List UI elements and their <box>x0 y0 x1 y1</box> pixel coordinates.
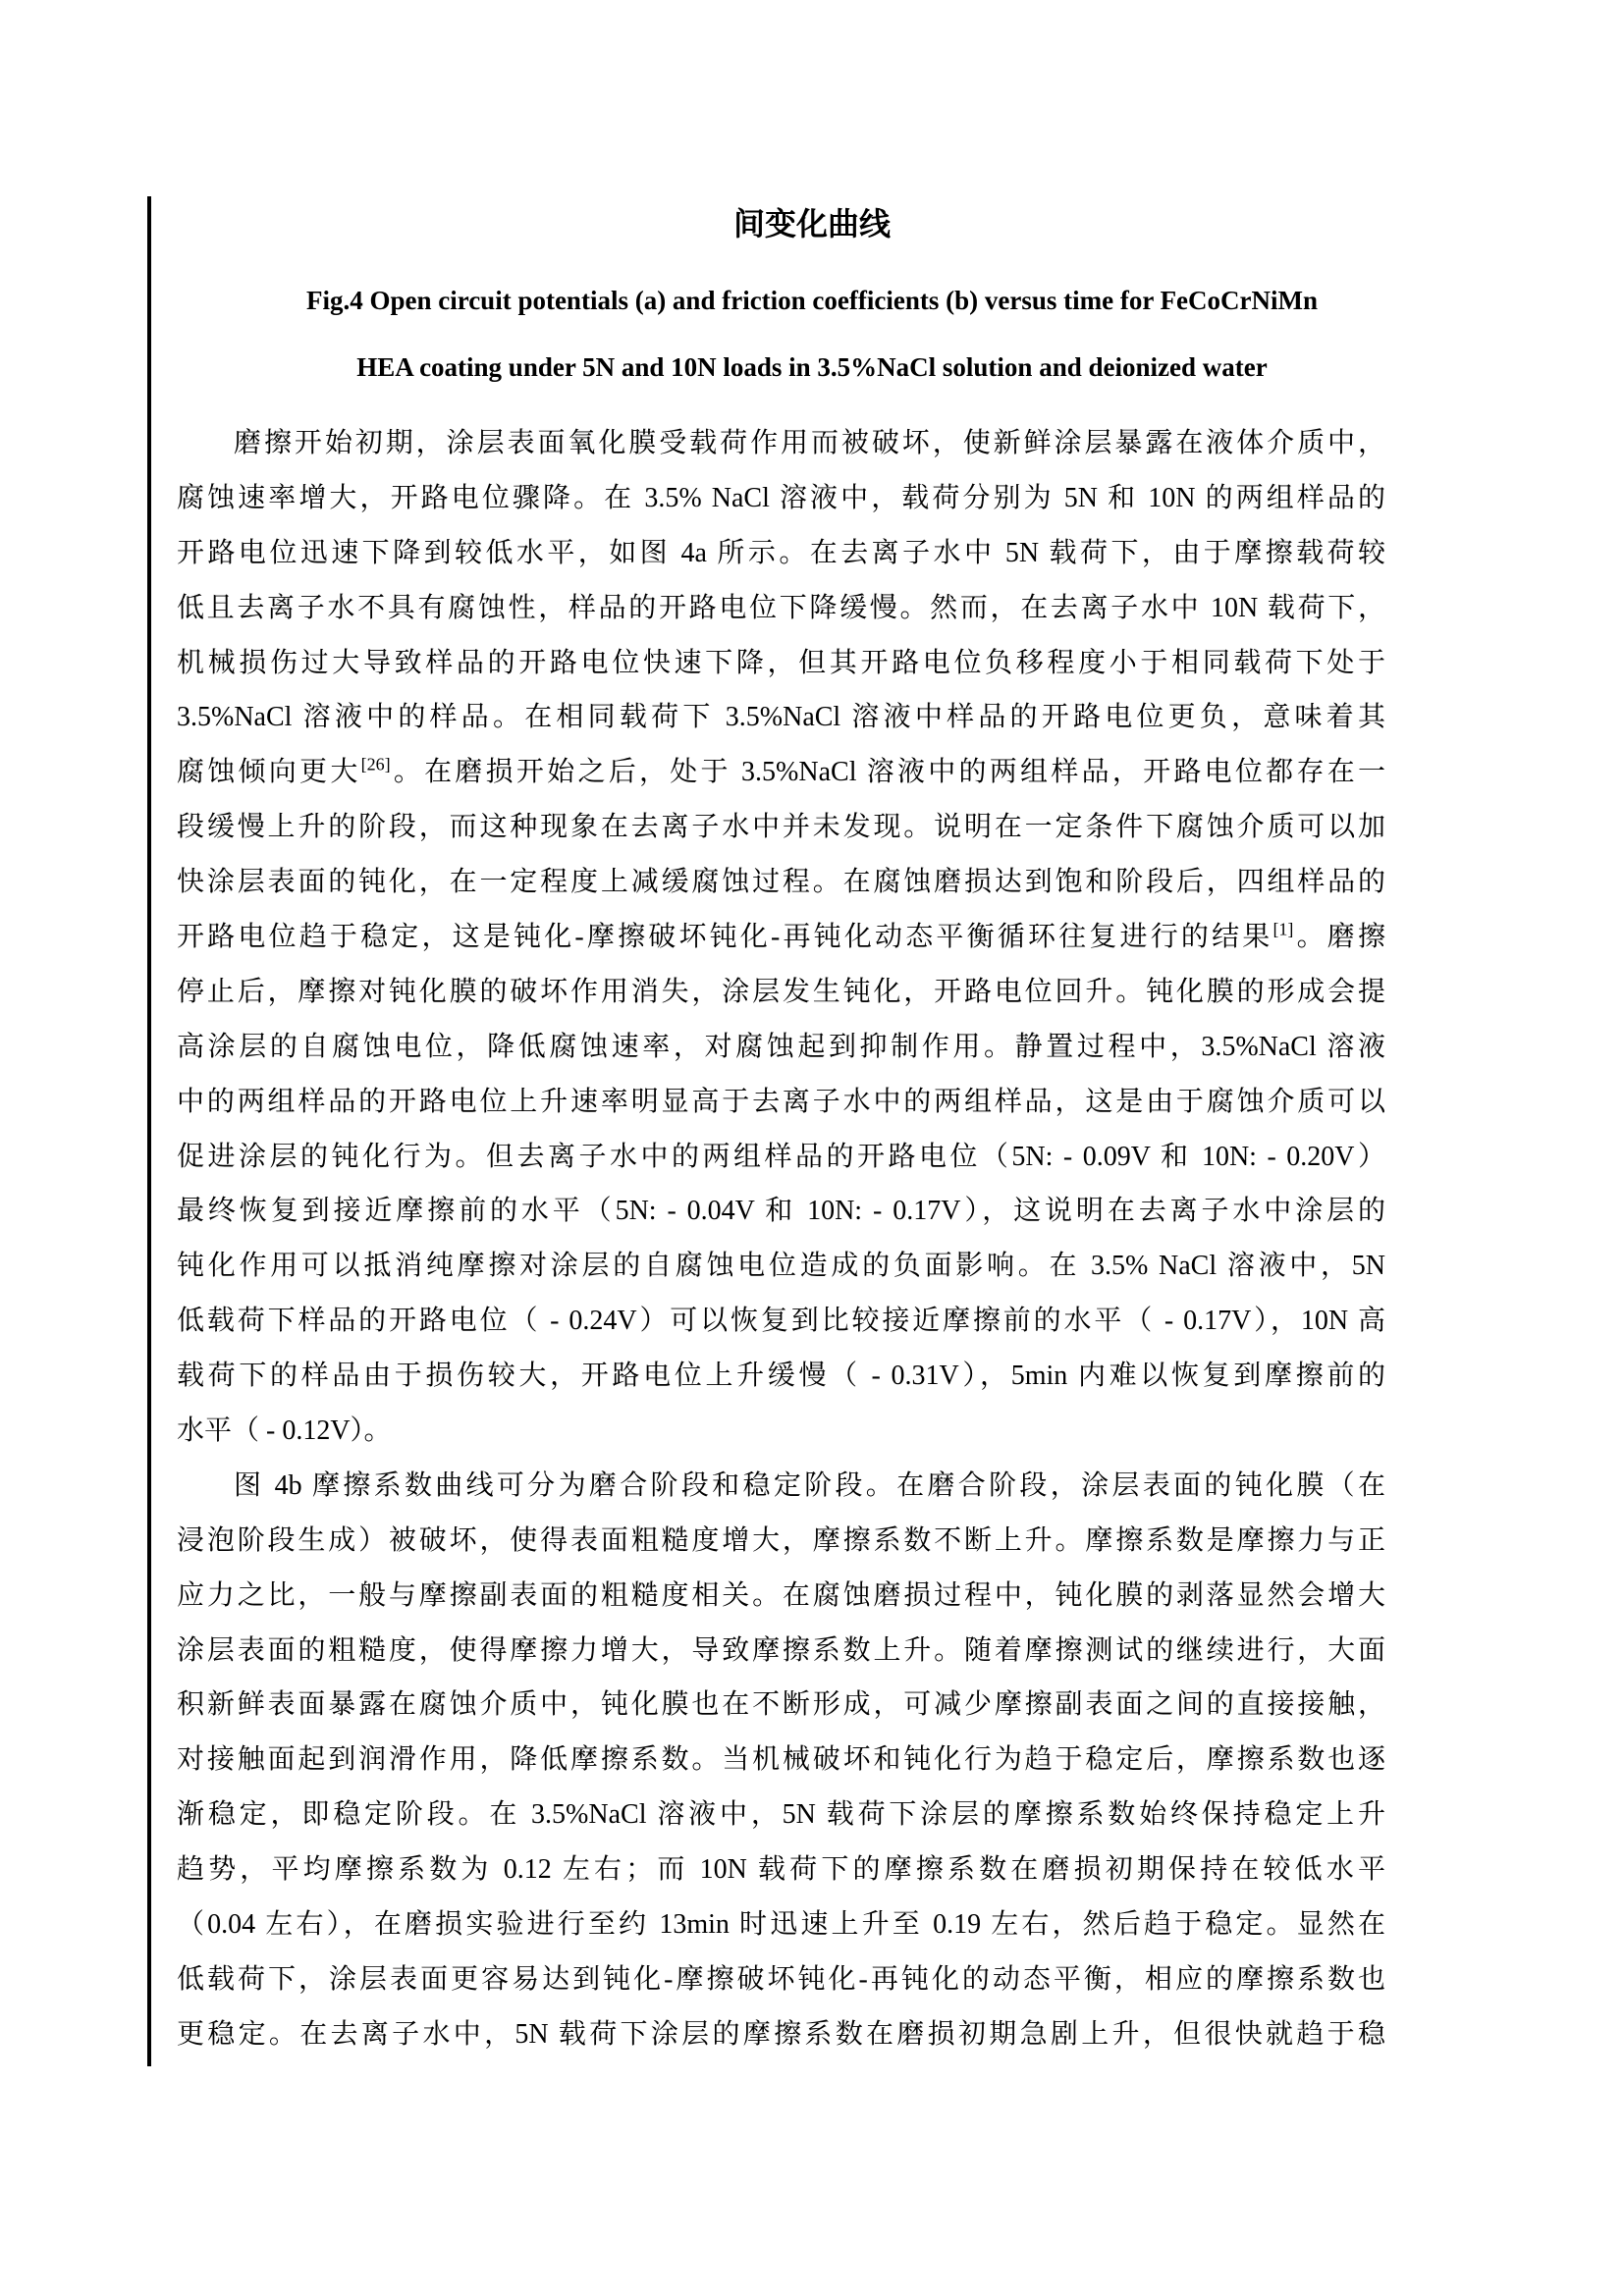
paragraph: 图 4b 摩擦系数曲线可分为磨合阶段和稳定阶段。在磨合阶段，涂层表面的钝化膜（在… <box>177 1459 1385 2062</box>
text-line: 载荷下的样品由于损伤较大，开路电位上升缓慢（ - 0.31V），5min 内难以… <box>177 1349 1385 1404</box>
text-line: 开路电位趋于稳定，这是钝化-摩擦破坏钝化-再钝化动态平衡循环往复进行的结果[1]… <box>177 910 1385 965</box>
figure-caption-line-2: HEA coating under 5N and 10N loads in 3.… <box>0 350 1624 384</box>
text-line: 图 4b 摩擦系数曲线可分为磨合阶段和稳定阶段。在磨合阶段，涂层表面的钝化膜（在 <box>177 1459 1385 1514</box>
text-line: 3.5%NaCl 溶液中的样品。在相同载荷下 3.5%NaCl 溶液中样品的开路… <box>177 690 1385 745</box>
figure-caption-line-1: Fig.4 Open circuit potentials (a) and fr… <box>0 284 1624 317</box>
text-line: 涂层表面的粗糙度，使得摩擦力增大，导致摩擦系数上升。随着摩擦测试的继续进行，大面 <box>177 1624 1385 1679</box>
text-line: 中的两组样品的开路电位上升速率明显高于去离子水中的两组样品，这是由于腐蚀介质可以 <box>177 1075 1385 1130</box>
text-line: 腐蚀速率增大，开路电位骤降。在 3.5% NaCl 溶液中，载荷分别为 5N 和… <box>177 471 1385 526</box>
text-line: 机械损伤过大导致样品的开路电位快速下降，但其开路电位负移程度小于相同载荷下处于 <box>177 636 1385 691</box>
page-title: 间变化曲线 <box>0 206 1624 241</box>
text-line: 水平（ - 0.12V）。 <box>177 1404 1385 1459</box>
text-line: 更稳定。在去离子水中，5N 载荷下涂层的摩擦系数在磨损初期急剧上升，但很快就趋于… <box>177 2007 1385 2062</box>
citation-superscript: [26] <box>361 755 391 774</box>
text-line: （0.04 左右），在磨损实验进行至约 13min 时迅速上升至 0.19 左右… <box>177 1897 1385 1952</box>
text-line: 低且去离子水不具有腐蚀性，样品的开路电位下降缓慢。然而，在去离子水中 10N 载… <box>177 581 1385 636</box>
citation-superscript: [1] <box>1272 920 1293 939</box>
text-line: 停止后，摩擦对钝化膜的破坏作用消失，涂层发生钝化，开路电位回升。钝化膜的形成会提 <box>177 965 1385 1020</box>
text-line: 积新鲜表面暴露在腐蚀介质中，钝化膜也在不断形成，可减少摩擦副表面之间的直接接触， <box>177 1678 1385 1733</box>
text-line: 开路电位迅速下降到较低水平，如图 4a 所示。在去离子水中 5N 载荷下，由于摩… <box>177 526 1385 581</box>
revision-bar <box>147 196 151 2066</box>
text-line: 段缓慢上升的阶段，而这种现象在去离子水中并未发现。说明在一定条件下腐蚀介质可以加 <box>177 800 1385 855</box>
text-line: 最终恢复到接近摩擦前的水平（5N: - 0.04V 和 10N: - 0.17V… <box>177 1184 1385 1239</box>
body-text: 磨擦开始初期，涂层表面氧化膜受载荷作用而被破坏，使新鲜涂层暴露在液体介质中，腐蚀… <box>177 416 1385 2062</box>
text-line: 对接触面起到润滑作用，降低摩擦系数。当机械破坏和钝化行为趋于稳定后，摩擦系数也逐 <box>177 1733 1385 1788</box>
text-line: 渐稳定，即稳定阶段。在 3.5%NaCl 溶液中，5N 载荷下涂层的摩擦系数始终… <box>177 1788 1385 1842</box>
text-line: 腐蚀倾向更大[26]。在磨损开始之后，处于 3.5%NaCl 溶液中的两组样品，… <box>177 745 1385 800</box>
text-line: 促进涂层的钝化行为。但去离子水中的两组样品的开路电位（5N: - 0.09V 和… <box>177 1130 1385 1185</box>
text-line: 浸泡阶段生成）被破坏，使得表面粗糙度增大，摩擦系数不断上升。摩擦系数是摩擦力与正 <box>177 1514 1385 1569</box>
text-line: 磨擦开始初期，涂层表面氧化膜受载荷作用而被破坏，使新鲜涂层暴露在液体介质中， <box>177 416 1385 471</box>
text-line: 钝化作用可以抵消纯摩擦对涂层的自腐蚀电位造成的负面影响。在 3.5% NaCl … <box>177 1239 1385 1294</box>
text-line: 高涂层的自腐蚀电位，降低腐蚀速率，对腐蚀起到抑制作用。静置过程中，3.5%NaC… <box>177 1020 1385 1075</box>
text-line: 应力之比，一般与摩擦副表面的粗糙度相关。在腐蚀磨损过程中，钝化膜的剥落显然会增大 <box>177 1569 1385 1624</box>
paragraph: 磨擦开始初期，涂层表面氧化膜受载荷作用而被破坏，使新鲜涂层暴露在液体介质中，腐蚀… <box>177 416 1385 1459</box>
text-line: 快涂层表面的钝化，在一定程度上减缓腐蚀过程。在腐蚀磨损达到饱和阶段后，四组样品的 <box>177 855 1385 910</box>
text-line: 低载荷下样品的开路电位（ - 0.24V）可以恢复到比较接近摩擦前的水平（ - … <box>177 1294 1385 1349</box>
text-line: 低载荷下，涂层表面更容易达到钝化-摩擦破坏钝化-再钝化的动态平衡，相应的摩擦系数… <box>177 1952 1385 2007</box>
text-line: 趋势，平均摩擦系数为 0.12 左右；而 10N 载荷下的摩擦系数在磨损初期保持… <box>177 1842 1385 1897</box>
document-page: 间变化曲线 Fig.4 Open circuit potentials (a) … <box>0 0 1624 2296</box>
